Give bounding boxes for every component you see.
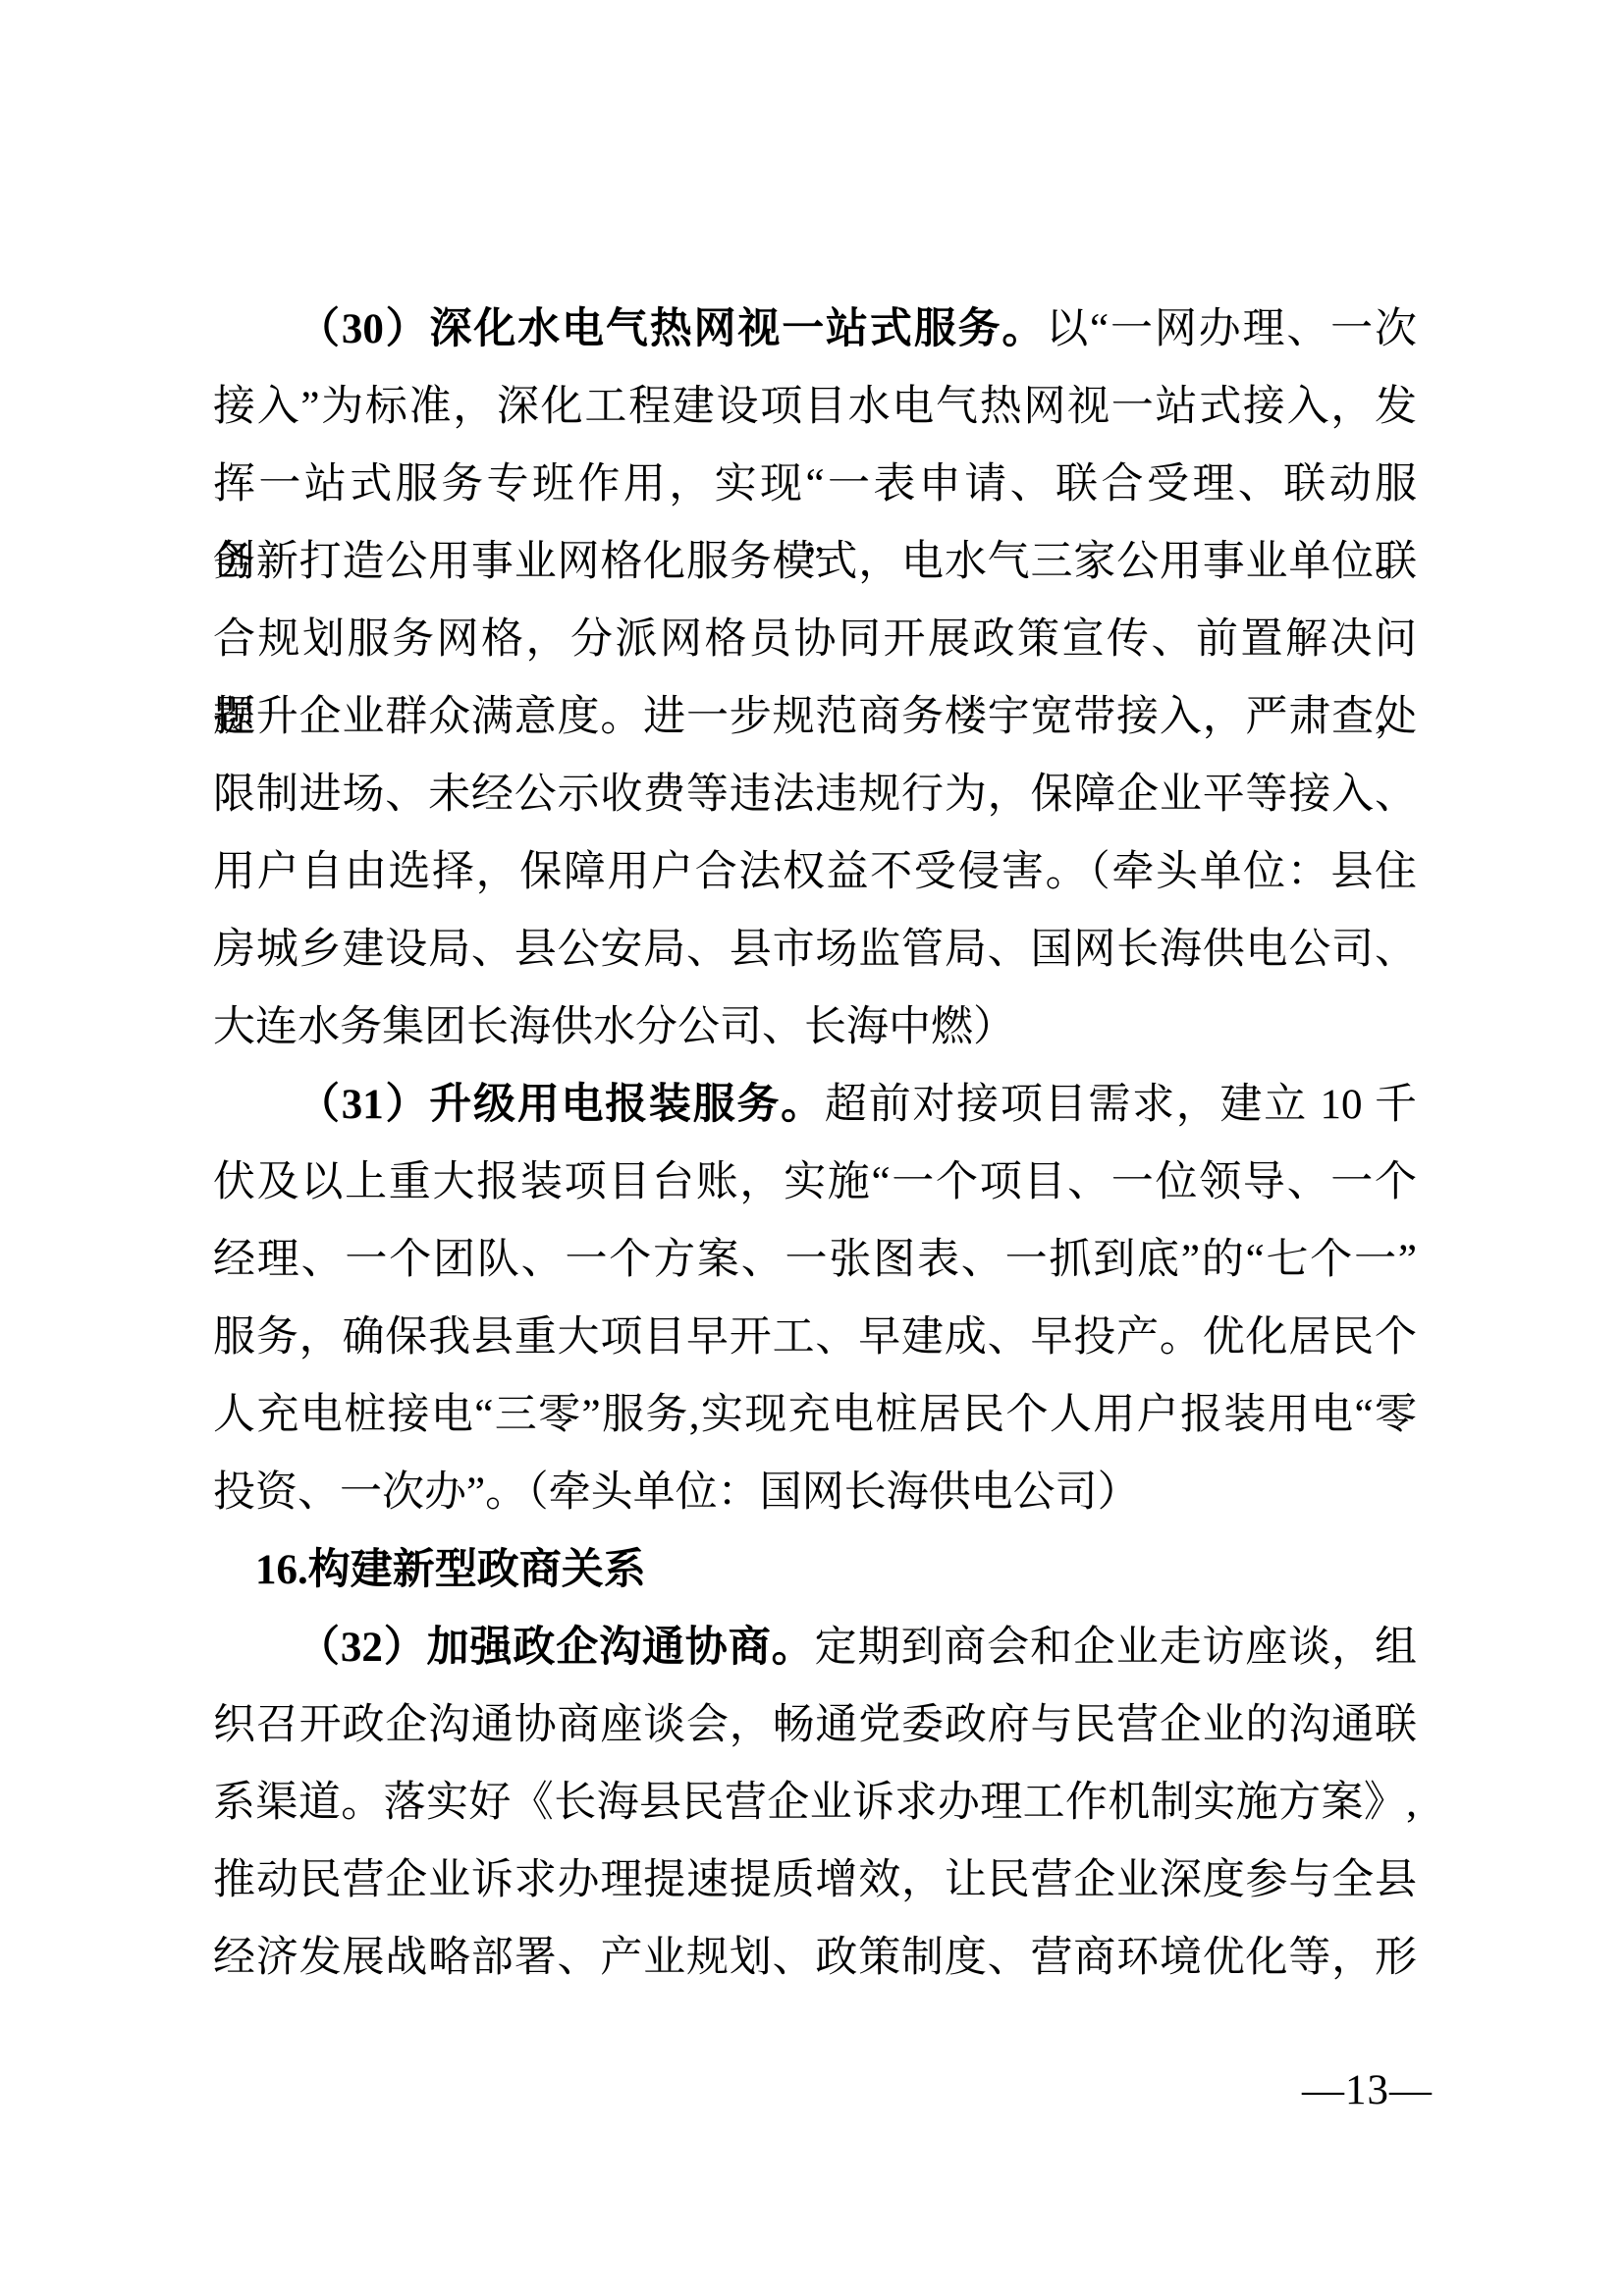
text-segment: 系渠道。落实好《长海县民营企业诉求办理工作机制实施方案》, (213, 1780, 1417, 1826)
text-segment: 用户自由选择，保障用户合法权益不受侵害。 (213, 849, 1089, 895)
text-line: 16.构建新型政商关系 (213, 1531, 1417, 1609)
text-line: 大连水务集团长海供水分公司、长海中燃） (213, 988, 1417, 1066)
bold-text-segment: （31）升级用电报装服务。 (298, 1082, 825, 1128)
text-line: 经济发展战略部署、产业规划、政策制度、营商环境优化等，形 (213, 1919, 1417, 1997)
text-segment: 房城乡建设局、县公安局、县市场监管局、国网长海供电公司、 (213, 927, 1417, 973)
text-line: 服务，确保我县重大项目早开工、早建成、早投产。优化居民个 (213, 1299, 1417, 1376)
text-segment: 织召开政企沟通协商座谈会，畅通党委政府与民营企业的沟通联 (213, 1702, 1417, 1748)
text-line: 限制进场、未经公示收费等违法违规行为，保障企业平等接入、 (213, 756, 1417, 833)
text-segment: 人充电桩接电“三零”服务,实现充电桩居民个人用户报装用电“零 (213, 1392, 1417, 1438)
text-segment: 经理、一个团队、一个方案、一张图表、一抓到底”的“七个一” (213, 1237, 1417, 1283)
text-segment: 提升企业群众满意度。进一步规范商务楼宇宽带接入，严肃查处 (213, 694, 1417, 740)
document-page: （30）深化水电气热网视一站式服务。以“一网办理、一次接入”为标准，深化工程建设… (0, 0, 1624, 2296)
page-number: —13— (1302, 2065, 1433, 2116)
text-line: 织召开政企沟通协商座谈会，畅通党委政府与民营企业的沟通联 (213, 1686, 1417, 1764)
text-segment: 以“一网办理、一次 (1046, 306, 1417, 352)
bold-text-segment: （30）深化水电气热网视一站式服务。 (298, 306, 1046, 352)
text-line: 房城乡建设局、县公安局、县市场监管局、国网长海供电公司、 (213, 911, 1417, 988)
text-line: 挥一站式服务专班作用，实现“一表申请、联合受理、联动服务”。 (213, 446, 1417, 523)
text-segment: 服务，确保我县重大项目早开工、早建成、早投产。优化居民个 (213, 1314, 1417, 1361)
text-segment: 伏及以上重大报装项目台账，实施“一个项目、一位领导、一个 (213, 1159, 1417, 1205)
text-segment: 经济发展战略部署、产业规划、政策制度、营商环境优化等，形 (213, 1935, 1417, 1981)
text-segment: 推动民营企业诉求办理提速提质增效，让民营企业深度参与全县 (213, 1857, 1417, 1903)
text-segment: （牵头单位：国网长海供电公司） (527, 1469, 1140, 1516)
text-line: 推动民营企业诉求办理提速提质增效，让民营企业深度参与全县 (213, 1842, 1417, 1919)
text-line: 用户自由选择，保障用户合法权益不受侵害。（牵头单位：县住 (213, 833, 1417, 911)
text-line: （32）加强政企沟通协商。定期到商会和企业走访座谈，组 (213, 1609, 1417, 1686)
text-line: （31）升级用电报装服务。超前对接项目需求，建立 10 千 (213, 1066, 1417, 1144)
text-line: 人充电桩接电“三零”服务,实现充电桩居民个人用户报装用电“零 (213, 1376, 1417, 1454)
text-line: 伏及以上重大报装项目台账，实施“一个项目、一位领导、一个 (213, 1144, 1417, 1221)
text-segment: 创新打造公用事业网格化服务模式，电水气三家公用事业单位联 (213, 539, 1417, 585)
text-line: （30）深化水电气热网视一站式服务。以“一网办理、一次 (213, 291, 1417, 368)
text-block: （30）深化水电气热网视一站式服务。以“一网办理、一次接入”为标准，深化工程建设… (213, 291, 1417, 1997)
text-line: 接入”为标准，深化工程建设项目水电气热网视一站式接入，发 (213, 368, 1417, 446)
text-segment: （牵头单位：县住 (1089, 849, 1417, 895)
text-line: 创新打造公用事业网格化服务模式，电水气三家公用事业单位联 (213, 523, 1417, 601)
text-line: 提升企业群众满意度。进一步规范商务楼宇宽带接入，严肃查处 (213, 678, 1417, 756)
text-segment: 超前对接项目需求，建立 10 千 (825, 1082, 1417, 1128)
text-segment: 限制进场、未经公示收费等违法违规行为，保障企业平等接入、 (213, 772, 1417, 818)
text-line: 经理、一个团队、一个方案、一张图表、一抓到底”的“七个一” (213, 1221, 1417, 1299)
text-segment: 大连水务集团长海供水分公司、长海中燃） (213, 1004, 1015, 1050)
bold-text-segment: （32）加强政企沟通协商。 (298, 1625, 815, 1671)
text-segment: 接入”为标准，深化工程建设项目水电气热网视一站式接入，发 (213, 384, 1417, 430)
text-segment: 定期到商会和企业走访座谈，组 (815, 1625, 1417, 1671)
text-line: 投资、一次办”。（牵头单位：国网长海供电公司） (213, 1454, 1417, 1531)
bold-text-segment: 16.构建新型政商关系 (255, 1547, 646, 1593)
text-line: 系渠道。落实好《长海县民营企业诉求办理工作机制实施方案》, (213, 1764, 1417, 1842)
text-line: 合规划服务网格，分派网格员协同开展政策宣传、前置解决问题， (213, 601, 1417, 678)
text-segment: 投资、一次办”。 (213, 1469, 527, 1516)
